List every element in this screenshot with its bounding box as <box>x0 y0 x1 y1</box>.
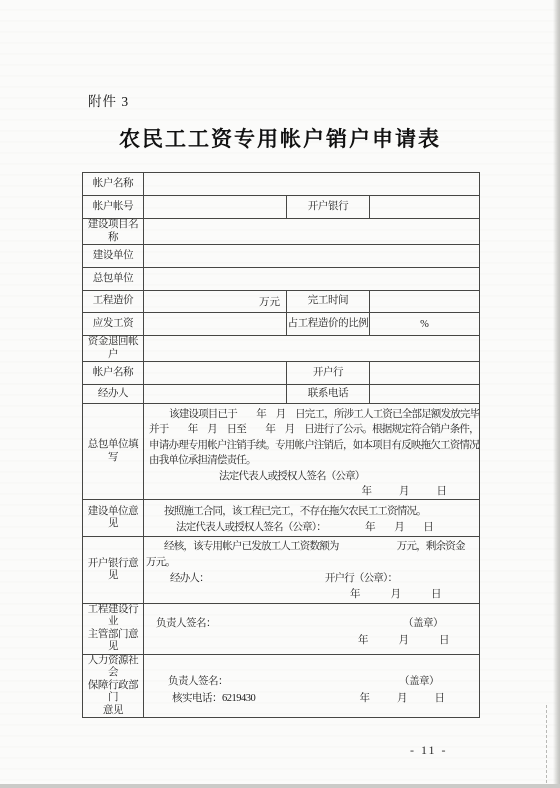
row-refund-account-name: 帐户名称 开户行 <box>83 362 480 385</box>
bank-opinion-label: 开户银行意见 <box>83 537 144 603</box>
row-construction-opinion: 建设单位意见 按照施工合同，该工程已完工，不存在拖欠农民工工资情况。 法定代表人… <box>83 500 480 537</box>
construction-unit-label: 建设单位 <box>83 245 144 268</box>
payable-wages-value <box>144 313 287 336</box>
contractor-section-label: 总包单位填写 <box>83 404 144 500</box>
row-account-number: 帐户帐号 开户银行 <box>83 196 480 219</box>
row-contractor-section: 总包单位填写 该建设项目已于 年 月 日完工，所涉工人工资已全部足额发放完毕， … <box>83 404 480 500</box>
scan-artifact-line <box>546 705 547 783</box>
refund-account-value <box>144 336 480 362</box>
bank-opinion-content: 经核，该专用帐户已发放工人工资数额为 万元，剩余资金 万元。 经办人： 开户行（… <box>144 537 480 603</box>
row-payable-wages: 应发工资 占工程造价的比例 % <box>83 313 480 336</box>
hr-sign-label: 负责人签名： <box>168 673 228 690</box>
hr-date-line: 年 月 日 <box>360 690 448 707</box>
completion-time-label: 完工时间 <box>287 291 370 313</box>
industry-date-line: 年 月 日 <box>144 632 479 649</box>
industry-opinion-label: 工程建设行业 主管部门意见 <box>83 603 144 654</box>
project-cost-label: 工程造价 <box>83 291 144 313</box>
bank-handler-label: 经办人： <box>170 571 209 587</box>
scan-edge-bottom <box>0 784 560 788</box>
hr-seal-label: （盖章） <box>399 673 439 690</box>
application-form-table: 帐户名称 帐户帐号 开户银行 建设项目名称 建设单位 总包单位 <box>82 172 480 718</box>
contractor-section-content: 该建设项目已于 年 月 日完工，所涉工人工资已全部足额发放完毕， 并于 年 月 … <box>144 404 480 500</box>
hr-opinion-content: 负责人签名： （盖章） 核实电话：6219430 年 月 日 <box>144 654 480 718</box>
row-account-name: 帐户名称 <box>83 173 480 196</box>
row-refund-account: 资金退回帐户 <box>83 336 480 362</box>
row-general-contractor: 总包单位 <box>83 268 480 291</box>
construction-opinion-content: 按照施工合同，该工程已完工，不存在拖欠农民工工资情况。 法定代表人或授权人签名（… <box>144 500 480 537</box>
page-number: - 11 - <box>410 743 448 758</box>
construction-date-line: 年 月 日 <box>365 520 433 536</box>
attachment-label: 附件 3 <box>88 90 129 110</box>
bank-seal-label: 开户行（公章）： <box>325 571 397 587</box>
scan-edge-right <box>553 0 560 788</box>
construction-sign-label: 法定代表人或授权人签名（公章）： <box>176 520 326 536</box>
refund-account-label: 资金退回帐户 <box>83 336 144 362</box>
industry-seal-label: （盖章） <box>403 615 443 632</box>
project-name-label: 建设项目名称 <box>83 219 144 245</box>
general-contractor-value <box>144 268 480 291</box>
opening-bank-value <box>370 196 480 219</box>
row-bank-opinion: 开户银行意见 经核，该专用帐户已发放工人工资数额为 万元，剩余资金 万元。 经办… <box>83 537 480 603</box>
construction-opinion-line1: 按照施工合同，该工程已完工，不存在拖欠农民工工资情况。 <box>144 504 479 520</box>
cost-ratio-value: % <box>370 313 480 336</box>
industry-sign-label: 负责人签名： <box>156 615 216 632</box>
industry-opinion-content: 负责人签名： （盖章） 年 月 日 <box>144 603 480 654</box>
hr-verify-phone: 核实电话：6219430 <box>172 690 255 707</box>
construction-unit-value <box>144 245 480 268</box>
contact-phone-value <box>370 385 480 404</box>
account-name-label: 帐户名称 <box>83 173 144 196</box>
bank-date-line: 年 月 日 <box>144 587 479 603</box>
row-construction-unit: 建设单位 <box>83 245 480 268</box>
scanned-document-page: 附件 3 农民工工资专用帐户销户申请表 帐户名称 帐户帐号 开户银行 建设项目名… <box>0 0 560 788</box>
contractor-statement-line1: 该建设项目已于 年 月 日完工，所涉工人工资已全部足额发放完毕， <box>149 407 475 422</box>
refund-account-name-value <box>144 362 287 385</box>
account-number-value <box>144 196 287 219</box>
bank-opinion-line2: 万元。 <box>144 555 479 571</box>
refund-account-name-label: 帐户名称 <box>83 362 144 385</box>
refund-bank-label: 开户行 <box>287 362 370 385</box>
refund-bank-value <box>370 362 480 385</box>
handler-label: 经办人 <box>83 385 144 404</box>
row-hr-opinion: 人力资源社会 保障行政部门 意见 负责人签名： （盖章） 核实电话：621943… <box>83 654 480 718</box>
contractor-statement-line3: 申请办理专用帐户注销手续。专用帐户注销后，如本项目有反映拖欠工资情况的， <box>149 438 475 453</box>
contractor-statement-line2: 并于 年 月 日至 年 月 日进行了公示。根据规定符合销户条件，特 <box>149 422 475 437</box>
completion-time-value <box>370 291 480 313</box>
contractor-date-line: 年 月 日 <box>149 484 475 499</box>
contact-phone-label: 联系电话 <box>287 385 370 404</box>
contractor-sign-label: 法定代表人或授权人签名（公章） <box>149 469 475 484</box>
payable-wages-label: 应发工资 <box>83 313 144 336</box>
row-project-name: 建设项目名称 <box>83 219 480 245</box>
project-name-value <box>144 219 480 245</box>
general-contractor-label: 总包单位 <box>83 268 144 291</box>
contractor-statement-line4: 由我单位承担清偿责任。 <box>149 453 475 468</box>
account-name-value <box>144 173 480 196</box>
row-handler: 经办人 联系电话 <box>83 385 480 404</box>
cost-ratio-label: 占工程造价的比例 <box>287 313 370 336</box>
handler-value <box>144 385 287 404</box>
row-industry-opinion: 工程建设行业 主管部门意见 负责人签名： （盖章） 年 月 日 <box>83 603 480 654</box>
form-title: 农民工工资专用帐户销户申请表 <box>0 123 560 153</box>
project-cost-value: 万元 <box>144 291 287 313</box>
row-project-cost: 工程造价 万元 完工时间 <box>83 291 480 313</box>
bank-opinion-line1: 经核，该专用帐户已发放工人工资数额为 万元，剩余资金 <box>144 539 479 555</box>
account-number-label: 帐户帐号 <box>83 196 144 219</box>
hr-opinion-label: 人力资源社会 保障行政部门 意见 <box>83 654 144 718</box>
construction-opinion-label: 建设单位意见 <box>83 500 144 537</box>
opening-bank-label: 开户银行 <box>287 196 370 219</box>
